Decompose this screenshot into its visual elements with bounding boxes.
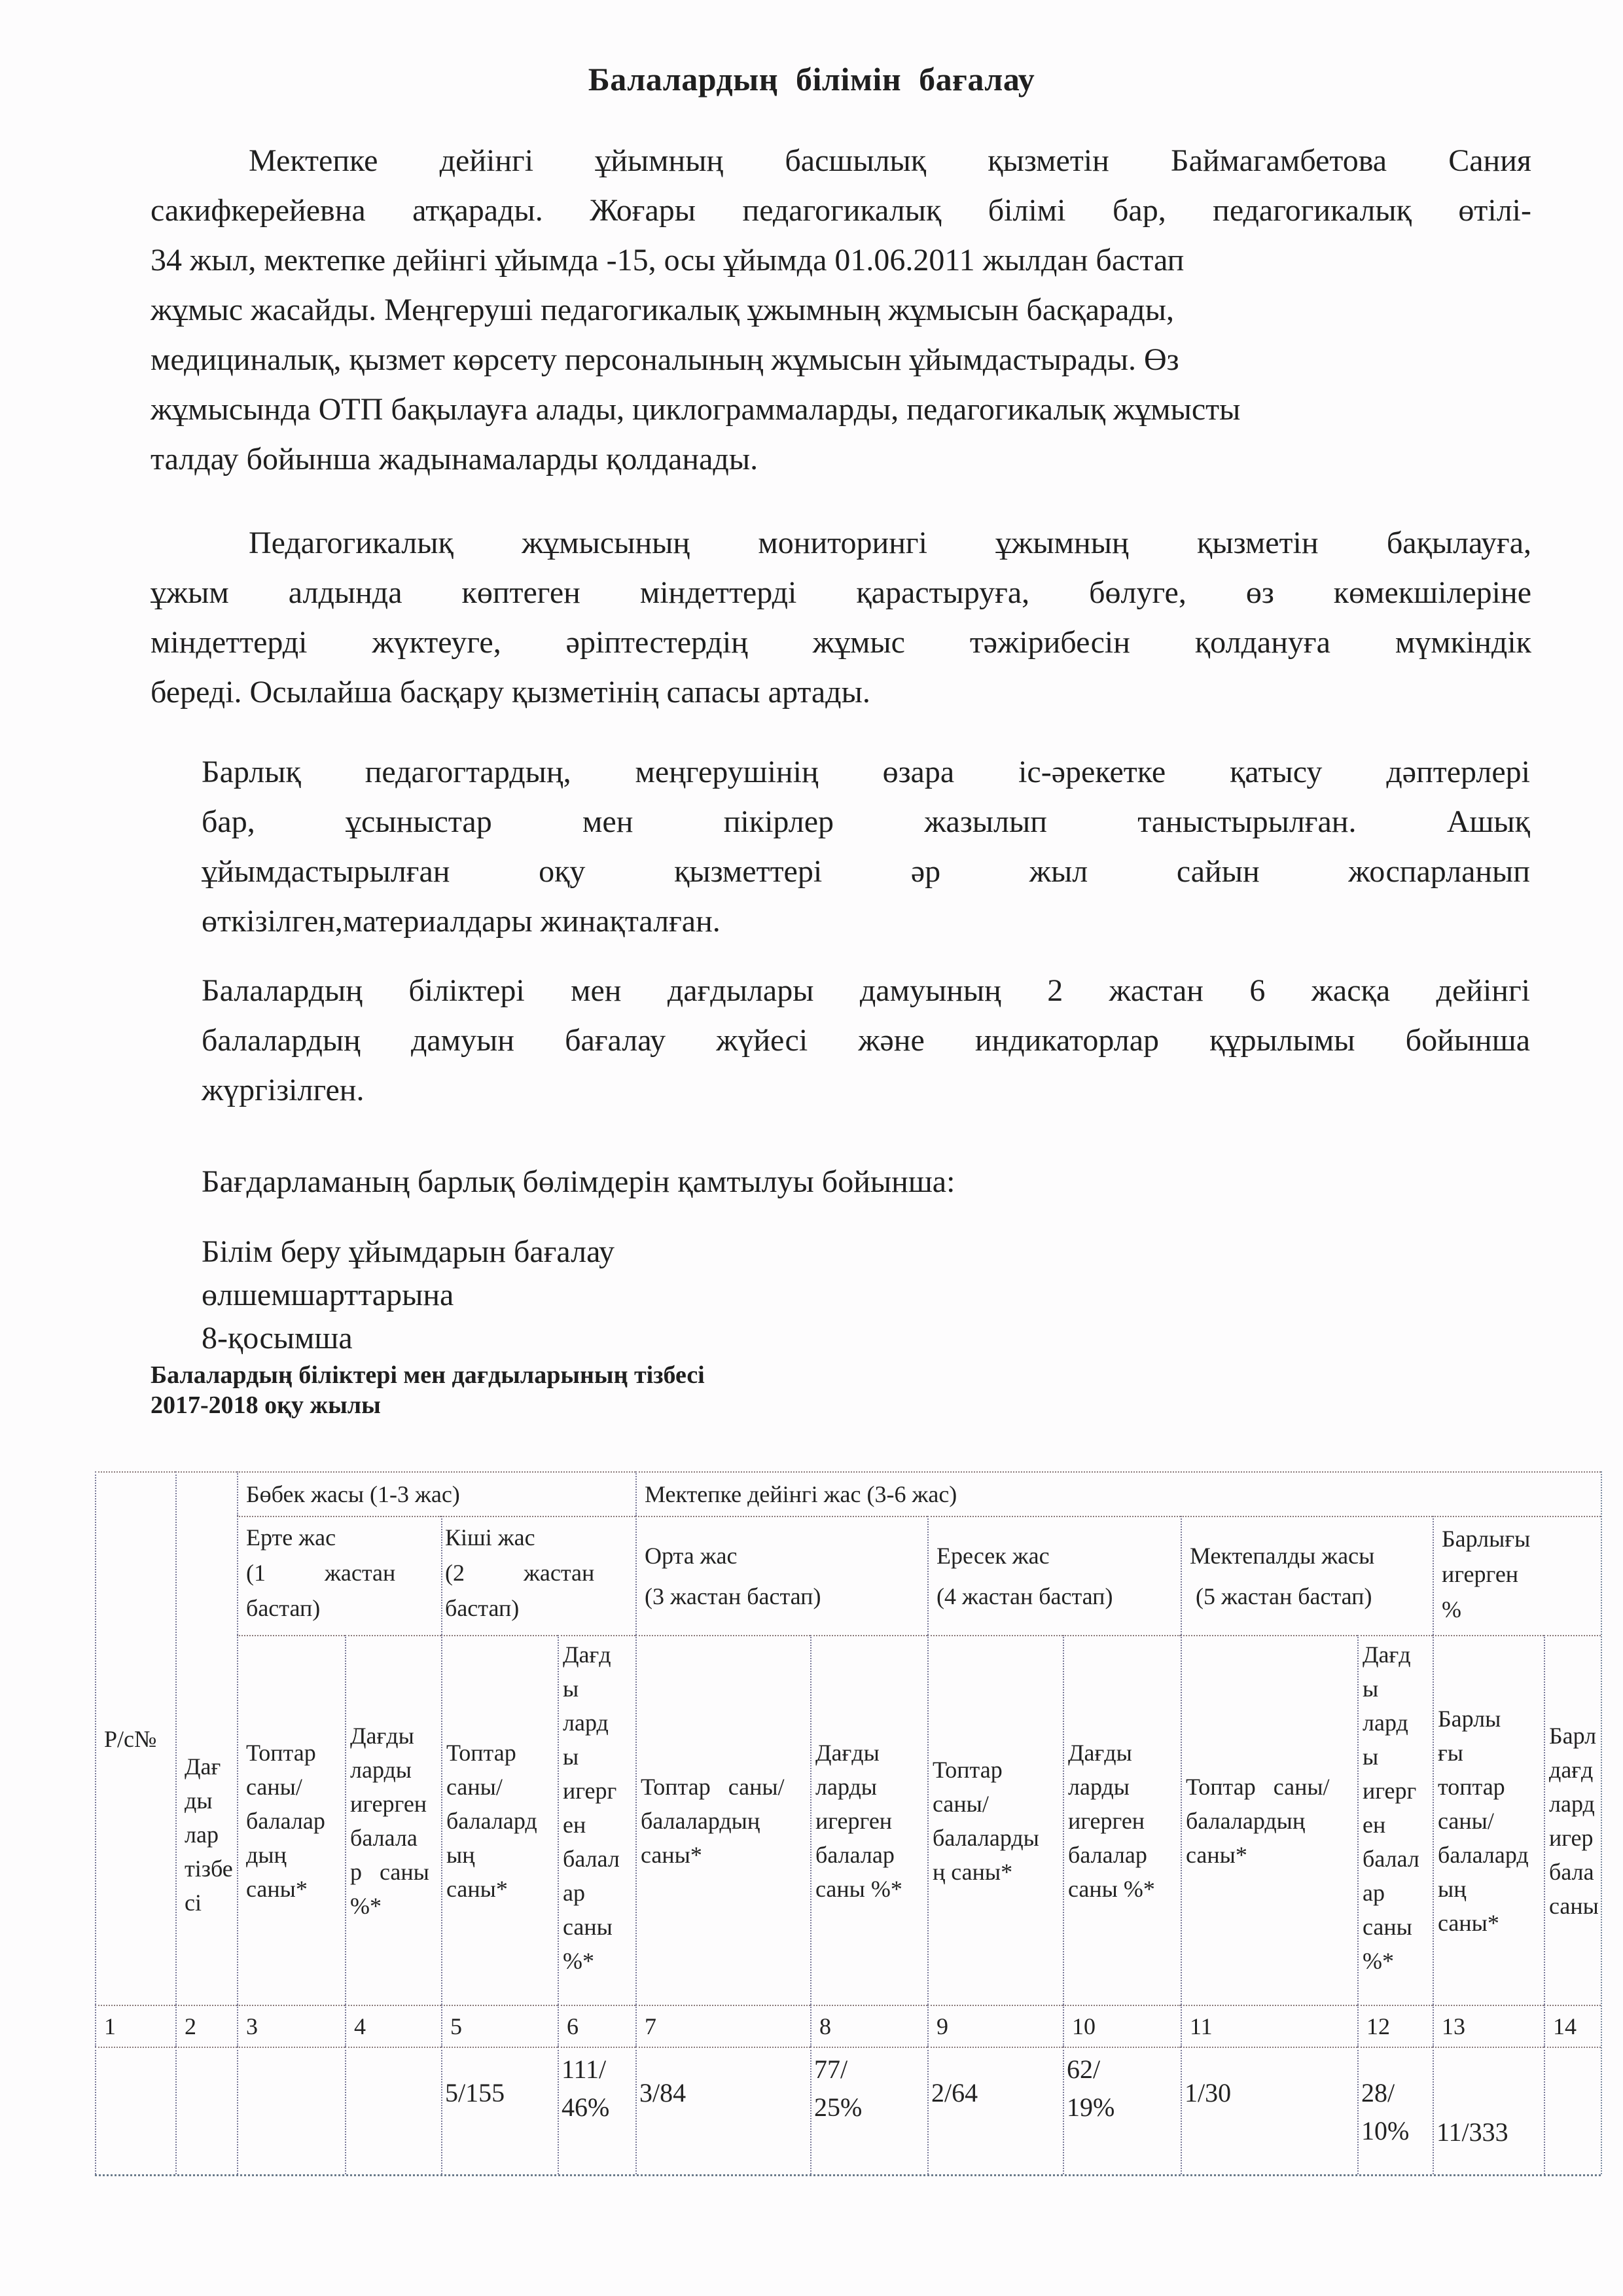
data-value: 28/ [1361,2074,1429,2112]
paragraph-line: Барлық педагогтардың, меңгерушінің өзара… [202,747,1530,797]
col-number-label: 4 [354,2009,437,2043]
paragraph-teachers: Барлық педагогтардың, меңгерушінің өзара… [202,747,1530,946]
subheader-col-9: Топтар саны/ балаларды ң саны* [927,1635,1063,2005]
paragraph-line: өлшемшарттарына [202,1274,987,1317]
paragraph-line: ұжым алдында көптеген міндеттерді қараст… [151,568,1531,618]
subheader-line: балаларды [933,1821,1059,1855]
subheader-line: Барлы [1438,1702,1540,1736]
data-cell-11: 1/30 [1181,2047,1357,2174]
header-line: (3 жастан бастап) [645,1576,923,1617]
paragraph-line: Мектепке дейінгі ұйымның басшылық қызмет… [151,136,1531,186]
header-rn-label: Р/с№ [104,1722,171,1756]
paragraph-director-info: Мектепке дейінгі ұйымның басшылық қызмет… [151,136,1531,484]
paragraph-line: береді. Осылайша басқару қызметінің сапа… [151,668,1531,717]
subheader-line: саны* [1438,1906,1540,1940]
data-cell-3 [237,2047,345,2174]
col-number-11: 11 [1181,2005,1357,2047]
subheader-line: Дағды [815,1736,923,1770]
paragraph-line: жүргізілген. [202,1066,1530,1115]
subheader-line: игер [1549,1821,1597,1855]
data-cell-9: 2/64 [927,2047,1063,2174]
header-rn: Р/с№ [95,1471,175,2005]
subheader-col-10: Дағды ларды игерген балалар саны %* [1063,1635,1181,2005]
subheader-line: саны/ [246,1770,341,1804]
col-number-label: 2 [185,2009,233,2043]
subheader-line: балалар [246,1804,341,1838]
subheader-line: бала [1549,1855,1597,1889]
header-line: Ерте жас [246,1520,437,1555]
header-early-age: Ерте жас (1 жастан бастап) [237,1516,441,1635]
col-number-7: 7 [635,2005,810,2047]
data-value: 62/ [1067,2051,1177,2089]
data-value: 11/333 [1436,2113,1540,2151]
col-number-label: 13 [1442,2009,1540,2043]
subheader-line: игерген [815,1804,923,1838]
col-number-6: 6 [558,2005,635,2047]
data-cell-13: 11/333 [1433,2047,1544,2174]
subheader-line: Топтар [446,1736,554,1770]
paragraph-line: балалардың дамуын бағалау жүйесі және ин… [202,1016,1530,1066]
col-number-label: 7 [645,2009,806,2043]
paragraph-line: Білім беру ұйымдарын бағалау [202,1230,987,1274]
subheader-line: саны %* [815,1872,923,1906]
subheader-line: ың [446,1838,554,1872]
subheader-line: саны* [1186,1838,1353,1872]
data-value: 111/ [562,2051,632,2089]
subheader-line: Топтар [246,1736,341,1770]
header-senior-age: Ересек жас (4 жастан бастап) [927,1516,1181,1635]
data-value: 1/30 [1185,2074,1353,2112]
subheader-line: саны* [446,1872,554,1906]
subheader-line: балалард [446,1804,554,1838]
subheader-line: ар [563,1876,632,1910]
subheader-line: топтар [1438,1770,1540,1804]
paragraph-program-coverage: Бағдарламаның барлық бөлімдерін қамтылуы… [202,1157,1530,1207]
paragraph-monitoring: Педагогикалық жұмысының мониторингі ұжым… [151,518,1531,717]
subheader-line: %* [350,1889,437,1923]
col-number-9: 9 [927,2005,1063,2047]
col-number-label: 6 [567,2009,632,2043]
col-number-label: 5 [450,2009,554,2043]
subheader-col-7: Топтар саны/ балалардың саны* [635,1635,810,2005]
subheader-line: игерген [1068,1804,1177,1838]
subheader-line: ларды [1068,1770,1177,1804]
header-skills-line: лар [185,1818,233,1852]
subheader-line: ы [563,1740,632,1774]
header-preschool-prep-age: Мектепалды жасы (5 жастан бастап) [1181,1516,1433,1635]
subheader-line: Дағды [350,1719,437,1753]
col-number-4: 4 [345,2005,441,2047]
subheader-line: ғы [1438,1736,1540,1770]
subheader-line: игерген [350,1787,437,1821]
paragraph-line: Балалардың біліктері мен дағдылары дамуы… [202,966,1530,1016]
header-skills-line: тізбе [185,1852,233,1886]
subheader-line: балалард [1438,1838,1540,1872]
data-value: 2/64 [931,2074,1059,2112]
subheader-line: лард [1363,1706,1429,1740]
subheader-line: игерг [1363,1774,1429,1808]
header-skills-list: Дағ ды лар тізбе сі [175,1471,237,2005]
col-number-label: 11 [1190,2009,1353,2043]
header-line: (1 жастан [246,1555,437,1590]
col-number-13: 13 [1433,2005,1544,2047]
header-line: Барлығы [1442,1521,1597,1556]
subheader-line: дың [246,1838,341,1872]
subheader-col-8: Дағды ларды игерген балалар саны %* [810,1635,927,2005]
header-skills-line: сі [185,1886,233,1920]
subheader-col-13: Барлы ғы топтар саны/ балалард ың саны* [1433,1635,1544,2005]
subheader-col-4: Дағды ларды игерген балала р саны %* [345,1635,441,2005]
subheader-line: балалар [1068,1838,1177,1872]
paragraph-line: сакифкерейевна атқарады. Жоғары педагоги… [151,186,1531,236]
data-cell-1 [95,2047,175,2174]
table-right-border [1601,1471,1602,2174]
paragraph-line: жұмысында ОТП бақылауға алады, циклограм… [151,385,1531,435]
appendix-note: Білім беру ұйымдарын бағалау өлшемшартта… [202,1230,987,1360]
subheader-line: балалардың [641,1804,806,1838]
paragraph-line: 8-қосымша [202,1317,987,1360]
col-number-label: 10 [1072,2009,1177,2043]
paragraph-line: Бағдарламаның барлық бөлімдерін қамтылуы… [202,1157,1530,1207]
paragraph-line: талдау бойынша жадынамаларды қолданады. [151,435,1531,484]
page-title: Балалардың білімін бағалау [0,60,1623,98]
paragraph-line: медициналық, қызмет көрсету персоналының… [151,335,1531,385]
data-value: 25% [814,2089,923,2126]
subheader-line: саны/ [1438,1804,1540,1838]
subheader-line: Дағд [1363,1638,1429,1672]
subheader-line: ы [1363,1672,1429,1706]
subheader-line: р саны [350,1855,437,1889]
col-number-10: 10 [1063,2005,1181,2047]
data-cell-10: 62/ 19% [1063,2047,1181,2174]
paragraph-line: Педагогикалық жұмысының мониторингі ұжым… [151,518,1531,568]
col-number-label: 3 [246,2009,341,2043]
subheader-line: ың [1438,1872,1540,1906]
paragraph-assessment-system: Балалардың біліктері мен дағдылары дамуы… [202,966,1530,1115]
subheader-line: Топтар саны/ [641,1770,806,1804]
subheader-line: ларды [815,1770,923,1804]
subheader-line: Барл [1549,1719,1597,1753]
col-number-5: 5 [441,2005,558,2047]
col-number-3: 3 [237,2005,345,2047]
table-bottom-border [95,2174,1601,2176]
header-line: (2 жастан [445,1555,632,1590]
data-cell-5: 5/155 [441,2047,558,2174]
data-cell-14 [1544,2047,1601,2174]
subheader-line: ларды [350,1753,437,1787]
data-value: 5/155 [445,2074,554,2112]
data-cell-12: 28/ 10% [1357,2047,1433,2174]
subheader-line: балал [1363,1842,1429,1876]
subheader-line: саны/ [933,1787,1059,1821]
col-number-label: 1 [104,2009,171,2043]
subheader-line: Топтар [933,1753,1059,1787]
col-number-label: 14 [1553,2009,1597,2043]
header-line: (5 жастан бастап) [1190,1576,1429,1617]
header-preschool-age-label: Мектепке дейінгі жас (3-6 жас) [645,1477,1597,1511]
col-number-12: 12 [1357,2005,1433,2047]
header-line: бастап) [246,1590,437,1626]
header-junior-age: Кіші жас (2 жастан бастап) [441,1516,635,1635]
paragraph-line: өткізілген,материалдары жинақталған. [202,897,1530,946]
header-line: Ересек жас [936,1535,1177,1576]
subheader-line: саны [1363,1910,1429,1944]
header-line: Мектепалды жасы [1190,1535,1429,1576]
paragraph-line: бар, ұсыныстар мен пікірлер жазылып таны… [202,797,1530,847]
subheader-line: Дағды [1068,1736,1177,1770]
subheader-line: саны* [246,1872,341,1906]
header-line: % [1442,1592,1597,1627]
subheader-col-6: Дағд ы лард ы игерг ен балал ар саны %* [558,1635,635,2005]
subheader-line: балалар [815,1838,923,1872]
col-number-2: 2 [175,2005,237,2047]
subheader-line: саны [563,1910,632,1944]
subheader-line: саны* [641,1838,806,1872]
data-cell-8: 77/ 25% [810,2047,927,2174]
col-number-1: 1 [95,2005,175,2047]
subheader-line: Топтар саны/ [1186,1770,1353,1804]
data-value: 3/84 [639,2074,806,2112]
subheader-line: ар [1363,1876,1429,1910]
subheader-col-5: Топтар саны/ балалард ың саны* [441,1635,558,2005]
subheader-line: балала [350,1821,437,1855]
subheader-col-11: Топтар саны/ балалардың саны* [1181,1635,1357,2005]
subheader-line: саны/ [446,1770,554,1804]
table-year: 2017-2018 оқу жылы [151,1390,381,1420]
data-value: 77/ [814,2051,923,2089]
subheader-col-3: Топтар саны/ балалар дың саны* [237,1635,345,2005]
subheader-line: ы [563,1672,632,1706]
col-number-label: 8 [819,2009,923,2043]
header-total-mastered: Барлығы игерген % [1433,1516,1601,1635]
data-cell-6: 111/ 46% [558,2047,635,2174]
header-infant-age-label: Бөбек жасы (1-3 жас) [246,1477,632,1511]
header-middle-age: Орта жас (3 жастан бастап) [635,1516,927,1635]
subheader-line: игерг [563,1774,632,1808]
paragraph-line: міндеттерді жүктеуге, әріптестердің жұмы… [151,618,1531,668]
subheader-line: лард [1549,1787,1597,1821]
subheader-col-12: Дағд ы лард ы игерг ен балал ар саны %* [1357,1635,1433,2005]
subheader-line: Дағд [563,1638,632,1672]
subheader-line: лард [563,1706,632,1740]
col-number-label: 12 [1366,2009,1429,2043]
header-line: бастап) [445,1590,632,1626]
col-number-8: 8 [810,2005,927,2047]
paragraph-line: ұйымдастырылған оқу қызметтері әр жыл са… [202,847,1530,897]
data-cell-4 [345,2047,441,2174]
subheader-line: балал [563,1842,632,1876]
table-title: Балалардың біліктері мен дағдыларының ті… [151,1360,705,1390]
subheader-line: дағд [1549,1753,1597,1787]
header-skills-line: Дағ [185,1749,233,1784]
header-line: игерген [1442,1556,1597,1592]
subheader-line: саны [1549,1889,1597,1923]
header-preschool-age: Мектепке дейінгі жас (3-6 жас) [635,1471,1601,1516]
header-infant-age: Бөбек жасы (1-3 жас) [237,1471,635,1516]
subheader-col-14: Барл дағд лард игер бала саны [1544,1635,1601,2005]
subheader-line: ен [563,1808,632,1842]
paragraph-line: 34 жыл, мектепке дейінгі ұйымда -15, осы… [151,236,1531,285]
header-skills-line: ды [185,1784,233,1818]
data-value: 46% [562,2089,632,2126]
col-number-label: 9 [936,2009,1059,2043]
data-value: 19% [1067,2089,1177,2126]
skills-table: Р/с№ Дағ ды лар тізбе сі Бөбек жасы (1-3… [95,1471,1601,2174]
subheader-line: ен [1363,1808,1429,1842]
col-number-14: 14 [1544,2005,1601,2047]
paragraph-line: жұмыс жасайды. Меңгеруші педагогикалық ұ… [151,285,1531,335]
header-line: (4 жастан бастап) [936,1576,1177,1617]
data-cell-2 [175,2047,237,2174]
header-line: Кіші жас [445,1520,632,1555]
subheader-line: ы [1363,1740,1429,1774]
subheader-line: ң саны* [933,1855,1059,1889]
header-line: Орта жас [645,1535,923,1576]
data-cell-7: 3/84 [635,2047,810,2174]
subheader-line: саны %* [1068,1872,1177,1906]
data-value: 10% [1361,2112,1429,2150]
subheader-line: балалардың [1186,1804,1353,1838]
subheader-line: %* [563,1944,632,1978]
subheader-line: %* [1363,1944,1429,1978]
